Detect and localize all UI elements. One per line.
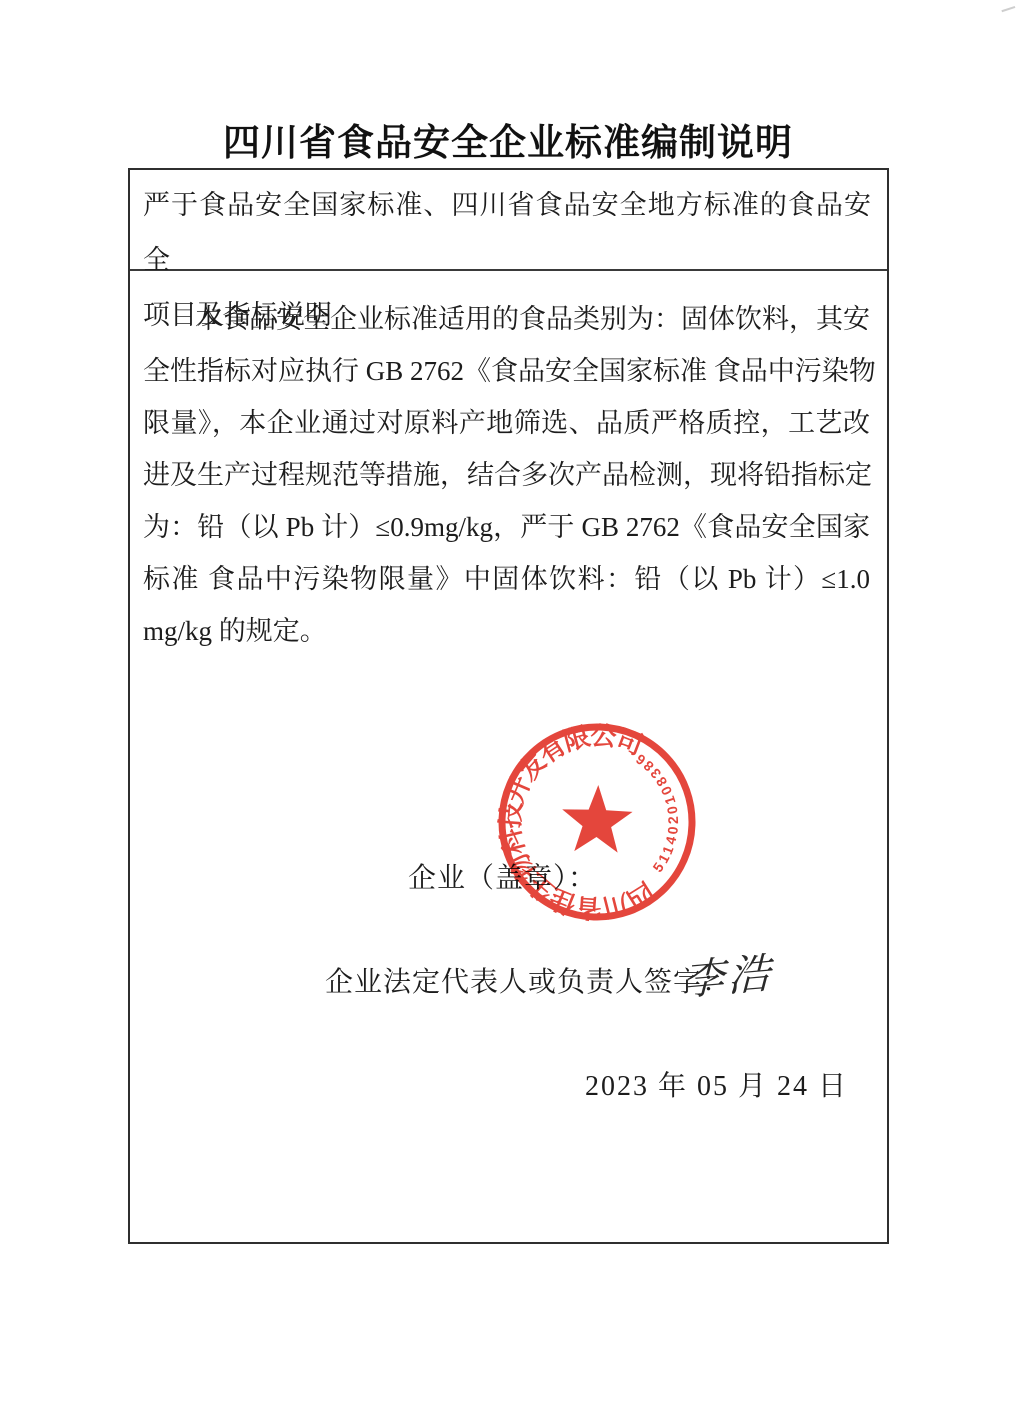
body-line: 限量》，本企业通过对原料产地筛选、品质严格质控，工艺改 [143,397,870,449]
body-line: 本食品安全企业标准适用的食品类别为：固体饮料，其安 [143,293,870,345]
body-line: mg/kg 的规定。 [143,605,870,657]
box-body-section: 本食品安全企业标准适用的食品类别为：固体饮料，其安 全性指标对应执行 GB 27… [130,271,887,657]
legal-representative-signature-label: 企业法定代表人或负责人签字： [325,960,731,1000]
box-header-section: 严于食品安全国家标准、四川省食品安全地方标准的食品安全 项目及指标说明 [130,170,887,271]
document-date: 2023 年 05 月 24 日 [585,1064,848,1104]
document-page: 四川省食品安全企业标准编制说明 严于食品安全国家标准、四川省食品安全地方标准的食… [0,0,1024,1407]
body-line: 标准 食品中污染物限量》中固体饮料：铅（以 Pb 计）≤1.0 [143,553,870,605]
seal-star-icon [561,784,634,853]
body-line: 全性指标对应执行 GB 2762《食品安全国家标准 食品中污染物 [143,345,870,397]
body-line: 为：铅（以 Pb 计）≤0.9mg/kg，严于 GB 2762《食品安全国家 [143,501,870,553]
scan-corner-mark [1001,6,1016,16]
company-seal: 四川省佳生物科技开发有限公司 5114020108386 [463,688,732,957]
document-title: 四川省食品安全企业标准编制说明 [0,112,1016,166]
body-line: 进及生产过程规范等措施，结合多次产品检测，现将铅指标定 [143,449,870,501]
